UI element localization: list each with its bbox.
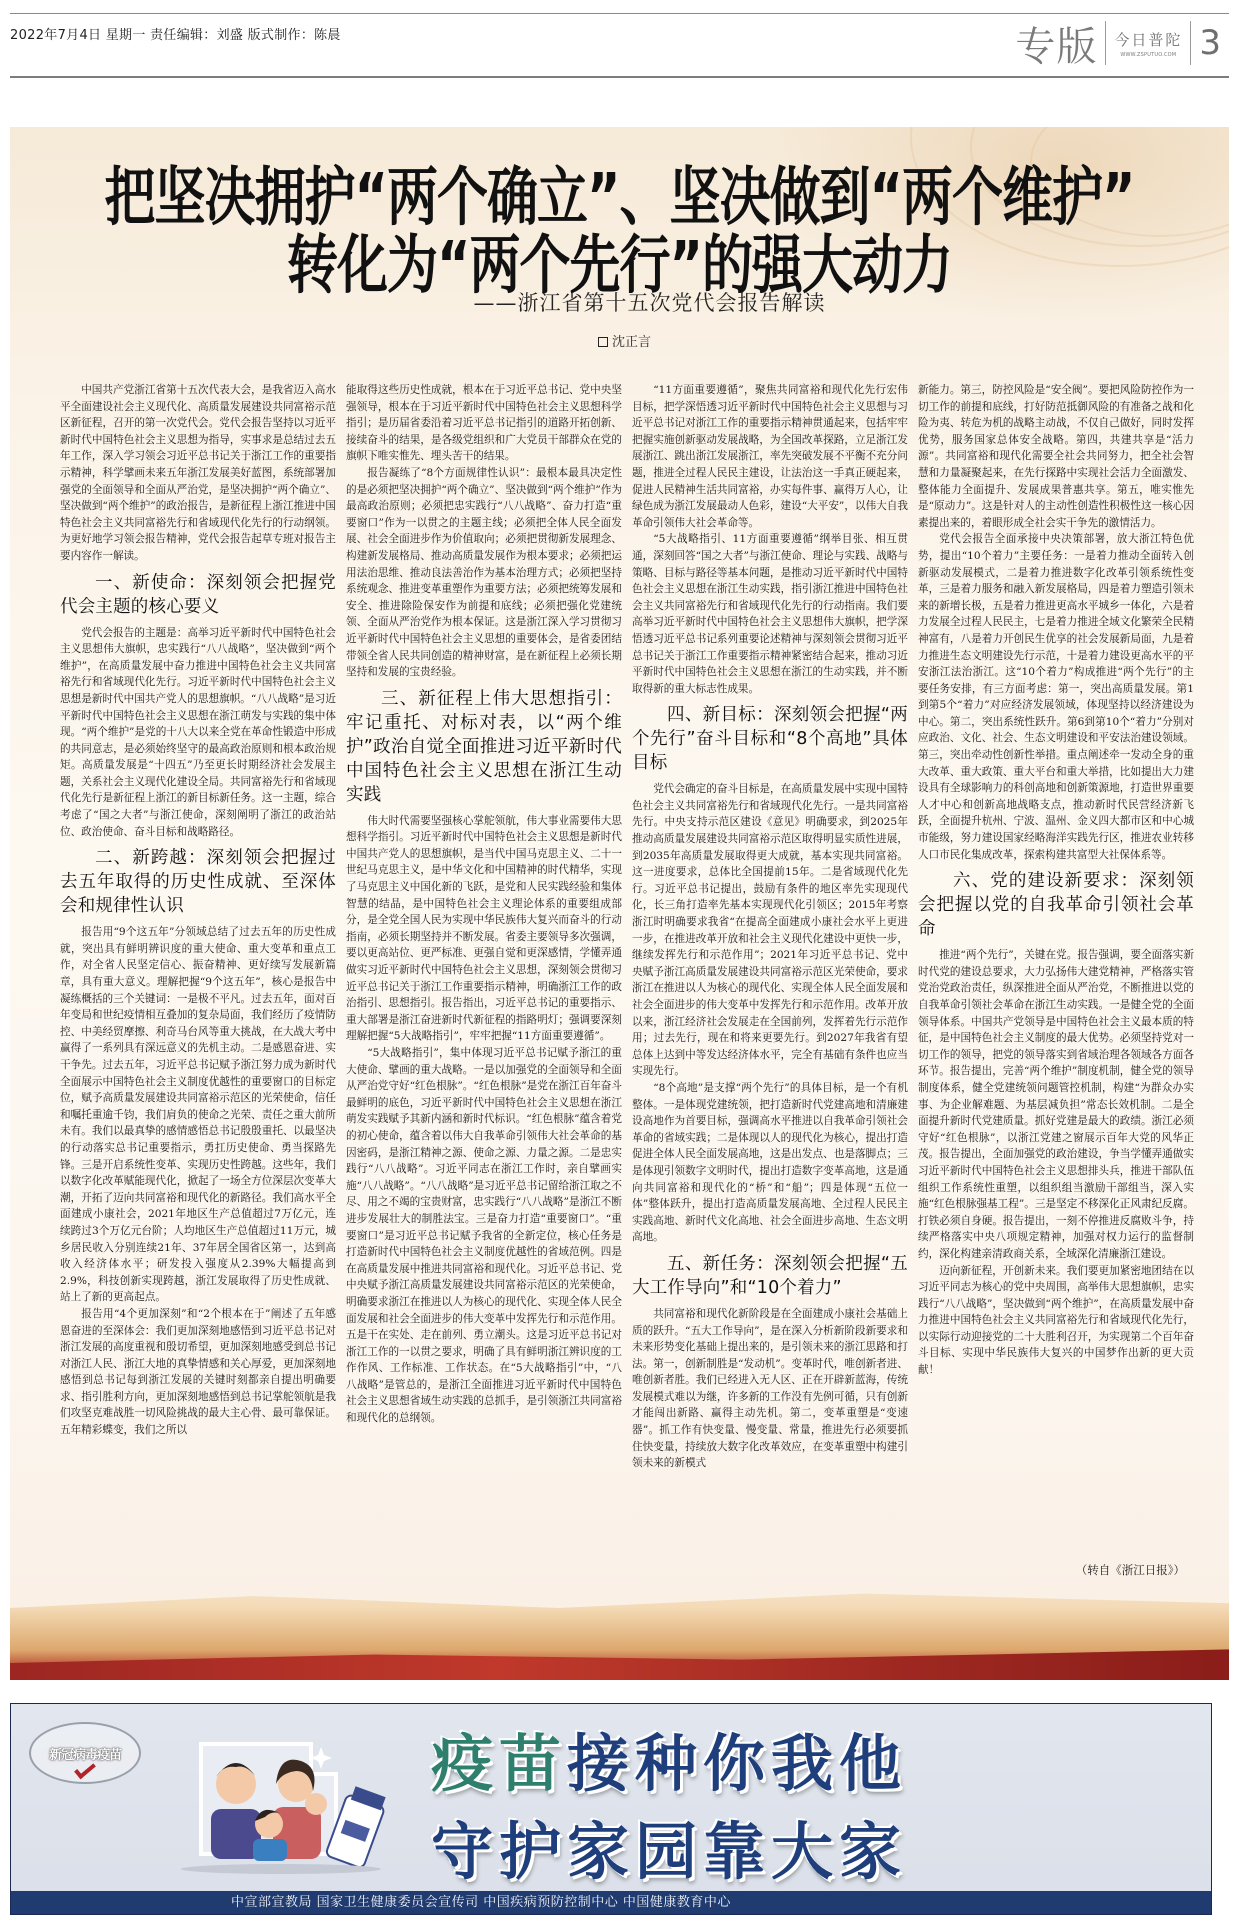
section-name: 专版 (1015, 15, 1097, 72)
paragraph: “5大战略指引、11方面重要遵循”纲举目张、相互贯通，深刻回答“国之大者”与浙江… (632, 531, 908, 697)
divider (1105, 21, 1106, 65)
masthead-bottom-rule (10, 76, 1229, 78)
paragraph: “11方面重要遵循”，聚焦共同富裕和现代化先行宏伟目标，把学深悟透习近平新时代中… (632, 382, 908, 531)
paragraph: 报告凝练了“8个方面规律性认识”：最根本最具决定性的是必须把坚决拥护“两个确立”… (346, 465, 622, 681)
paragraph: 推进“两个先行”，关键在党。报告强调，要全面落实新时代党的建设总要求，大力弘扬伟… (918, 947, 1194, 1262)
ad-slogan-line-1: 疫苗接种你我他 (431, 1714, 907, 1803)
paragraph: 能取得这些历史性成就，根本在于习近平总书记、党中央坚强领导，根本在于习近平新时代… (346, 382, 622, 465)
source-note-wrap: （转自《浙江日报》） (913, 1562, 1189, 1579)
paragraph: “5大战略指引”，集中体现习近平总书记赋予浙江的重大使命、擘画的重大战略。一是以… (346, 1045, 622, 1427)
page-number: 3 (1199, 23, 1221, 63)
divider (1190, 21, 1191, 65)
slogan-rest: 接种你我他 (567, 1727, 907, 1800)
section-heading: 一、新使命：深刻领会把握党代会主题的核心要义 (60, 571, 336, 619)
section-heading: 六、党的建设新要求：深刻领会把握以党的自我革命引领社会革命 (918, 869, 1194, 941)
byline-box-icon (598, 337, 608, 347)
subtitle: ——浙江省第十五次党代会报告解读 (10, 287, 1229, 317)
paragraph: 报告用“9个这五年”分领域总结了过去五年的历史性成就，突出具有鲜明辨识度的重大使… (60, 924, 336, 1306)
column-4: 新能力。第三，防控风险是“安全阀”。要把风险防控作为一切工作的前提和底线，打好防… (918, 382, 1194, 1472)
issue-meta: 2022年7月4日 星期一 责任编辑：刘盛 版式制作：陈晨 (10, 24, 341, 43)
vaccine-logo: 新冠病毒疫苗 (29, 1722, 141, 1784)
paragraph: 党代会报告全面承接中央决策部署，放大浙江特色优势，提出“10个着力”主要任务：一… (918, 531, 1194, 863)
author-name: 沈正言 (612, 335, 651, 350)
source-note: （转自《浙江日报》） (913, 1562, 1189, 1579)
section-heading: 三、新征程上伟大思想指引：牢记重托、对标对表，以“两个维护”政治自觉全面推进习近… (346, 687, 622, 807)
paragraph: “8个高地”是支撑“两个先行”的具体目标，是一个有机整体。一是体现党建统领，把打… (632, 1080, 908, 1246)
newspaper-logo: 今日普陀 WWW.ZSPUTUO.COM (1114, 29, 1182, 58)
family-illustration (161, 1729, 401, 1879)
ad-slogan-line-2: 守护家园靠大家 (431, 1802, 907, 1891)
section-heading: 四、新目标：深刻领会把握“两个先行”奋斗目标和“8个高地”具体目标 (632, 703, 908, 775)
paragraph: 伟大时代需要坚强核心掌舵领航，伟大事业需要伟大思想科学指引。习近平新时代中国特色… (346, 813, 622, 1045)
masthead-right: 专版 今日普陀 WWW.ZSPUTUO.COM 3 (1015, 16, 1221, 70)
column-2: 能取得这些历史性成就，根本在于习近平总书记、党中央坚强领导，根本在于习近平新时代… (346, 382, 622, 1472)
brand-url: WWW.ZSPUTUO.COM (1120, 52, 1176, 58)
paragraph: 党代会确定的奋斗目标是，在高质量发展中实现中国特色社会主义共同富裕先行和省域现代… (632, 781, 908, 1080)
section-heading: 五、新任务：深刻领会把握“五大工作导向”和“10个着力” (632, 1252, 908, 1300)
paragraph: 报告用“4个更加深刻”和“2个根本在于”阐述了五年感恩奋进的至深体会：我们更加深… (60, 1306, 336, 1439)
slogan-highlight: 疫苗 (431, 1727, 567, 1800)
paragraph: 党代会报告的主题是：高举习近平新时代中国特色社会主义思想伟大旗帜，忠实践行“八八… (60, 625, 336, 841)
vaccine-ad-banner[interactable]: 新冠病毒疫苗 疫苗接种你我他 守护家园靠大家 中宣部宣教局 国家卫生健康委员会宣… (10, 1703, 1212, 1915)
section-heading: 二、新跨越：深刻领会把握过去五年取得的历史性成就、至深体会和规律性认识 (60, 846, 336, 918)
column-3: “11方面重要遵循”，聚焦共同富裕和现代化先行宏伟目标，把学深悟透习近平新时代中… (632, 382, 908, 1472)
paragraph: 新能力。第三，防控风险是“安全阀”。要把风险防控作为一切工作的前提和底线，打好防… (918, 382, 1194, 531)
brand-name: 今日普陀 (1114, 29, 1182, 50)
article-body: 中国共产党浙江省第十五次代表大会，是我省迈入高水平全面建设社会主义现代化、高质量… (60, 382, 1194, 1472)
vaccine-logo-text: 新冠病毒疫苗 (49, 1744, 121, 1763)
ad-sponsors: 中宣部宣教局 国家卫生健康委员会宣传司 中国疾病预防控制中心 中国健康教育中心 (11, 1891, 1211, 1914)
paragraph: 迈向新征程，开创新未来。我们要更加紧密地团结在以习近平同志为核心的党中央周围，高… (918, 1263, 1194, 1379)
paragraph: 中国共产党浙江省第十五次代表大会，是我省迈入高水平全面建设社会主义现代化、高质量… (60, 382, 336, 565)
byline: 沈正言 (10, 331, 1229, 350)
article-panel: 把坚决拥护“两个确立”、坚决做到“两个维护” 转化为“两个先行”的强大动力 ——… (10, 127, 1229, 1680)
column-1: 中国共产党浙江省第十五次代表大会，是我省迈入高水平全面建设社会主义现代化、高质量… (60, 382, 336, 1472)
paragraph: 共同富裕和现代化新阶段是在全面建成小康社会基础上质的跃升。“五大工作导向”，是在… (632, 1306, 908, 1472)
